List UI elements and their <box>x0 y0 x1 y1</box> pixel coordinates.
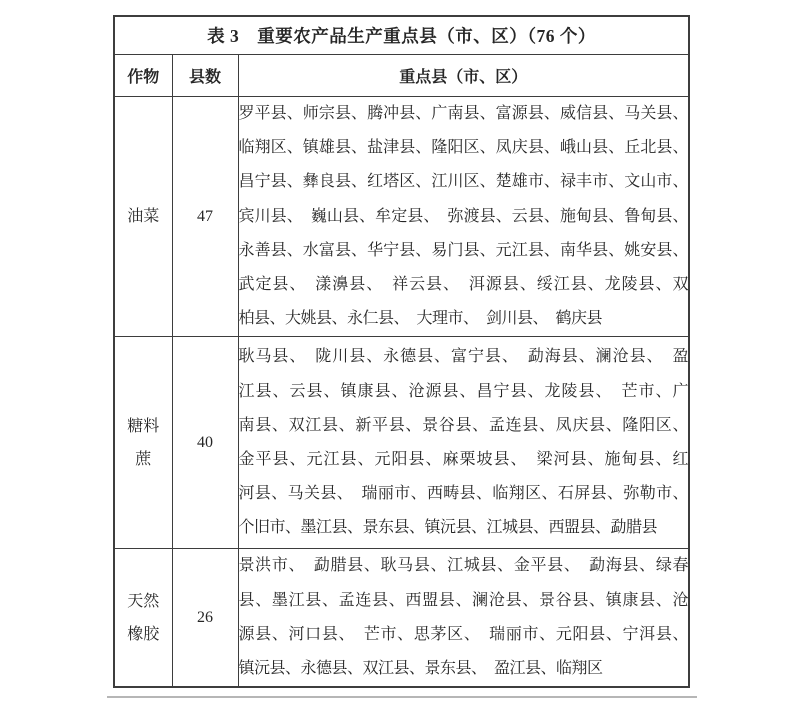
table-row: 油菜47罗平县、师宗县、腾冲县、广南县、富源县、威信县、马关县、临翔区、镇雄县、… <box>114 97 689 337</box>
column-header-crop: 作物 <box>114 55 172 97</box>
table-header-row: 作物 县数 重点县（市、区） <box>114 55 689 97</box>
counties-cell: 景洪市、 勐腊县、耿马县、江城县、金平县、 勐海县、绿春县、墨江县、孟连县、西盟… <box>238 549 689 687</box>
county-count: 26 <box>172 549 238 687</box>
county-line: 镇沅县、永德县、双江县、景东县、 盈江县、临翔区 <box>239 652 689 686</box>
county-line: 耿马县、 陇川县、永德县、富宁县、 勐海县、澜沧县、 盈 <box>239 340 689 374</box>
crop-cell: 天然橡胶 <box>114 549 172 687</box>
scan-shadow-line <box>107 696 697 698</box>
counties-cell: 罗平县、师宗县、腾冲县、广南县、富源县、威信县、马关县、临翔区、镇雄县、盐津县、… <box>238 97 689 337</box>
crop-cell: 糖料蔗 <box>114 337 172 549</box>
table-row: 糖料蔗40耿马县、 陇川县、永德县、富宁县、 勐海县、澜沧县、 盈江县、云县、镇… <box>114 337 689 549</box>
county-line: 临翔区、镇雄县、盐津县、隆阳区、凤庆县、峨山县、丘北县、 <box>239 131 689 165</box>
county-line: 金平县、元江县、元阳县、麻栗坡县、 梁河县、施甸县、红 <box>239 443 689 477</box>
table-title-row: 表 3 重要农产品生产重点县（市、区）（76 个） <box>114 16 689 55</box>
table-body: 油菜47罗平县、师宗县、腾冲县、广南县、富源县、威信县、马关县、临翔区、镇雄县、… <box>114 97 689 688</box>
county-line: 江县、云县、镇康县、沧源县、昌宁县、龙陵县、 芒市、广 <box>239 375 689 409</box>
county-line: 源县、河口县、 芒市、思茅区、 瑞丽市、元阳县、宁洱县、 <box>239 618 689 652</box>
county-line: 昌宁县、彝良县、红塔区、江川区、楚雄市、禄丰市、文山市、 <box>239 165 689 199</box>
county-line: 南县、双江县、新平县、景谷县、孟连县、凤庆县、隆阳区、 <box>239 409 689 443</box>
county-line: 宾川县、 巍山县、牟定县、 弥渡县、云县、施甸县、鲁甸县、 <box>239 200 689 234</box>
county-count: 40 <box>172 337 238 549</box>
county-line: 个旧市、墨江县、景东县、镇沅县、江城县、西盟县、勐腊县 <box>239 511 689 545</box>
crop-label: 糖料蔗 <box>124 410 162 476</box>
county-line: 景洪市、 勐腊县、耿马县、江城县、金平县、 勐海县、绿春 <box>239 549 689 583</box>
crop-cell: 油菜 <box>114 97 172 337</box>
table-row: 天然橡胶26景洪市、 勐腊县、耿马县、江城县、金平县、 勐海县、绿春县、墨江县、… <box>114 549 689 687</box>
key-counties-table: 表 3 重要农产品生产重点县（市、区）（76 个） 作物 县数 重点县（市、区）… <box>113 15 690 688</box>
county-count: 47 <box>172 97 238 337</box>
county-line: 县、墨江县、孟连县、西盟县、澜沧县、景谷县、镇康县、沧 <box>239 584 689 618</box>
crop-label: 油菜 <box>124 200 162 233</box>
crop-label: 天然橡胶 <box>124 585 162 651</box>
column-header-counties: 重点县（市、区） <box>238 55 689 97</box>
counties-cell: 耿马县、 陇川县、永德县、富宁县、 勐海县、澜沧县、 盈江县、云县、镇康县、沧源… <box>238 337 689 549</box>
table-title: 表 3 重要农产品生产重点县（市、区）（76 个） <box>114 16 689 55</box>
county-line: 柏县、大姚县、永仁县、 大理市、 剑川县、 鹤庆县 <box>239 302 689 336</box>
column-header-count: 县数 <box>172 55 238 97</box>
county-line: 永善县、水富县、华宁县、易门县、元江县、南华县、姚安县、 <box>239 234 689 268</box>
document-table-container: 表 3 重要农产品生产重点县（市、区）（76 个） 作物 县数 重点县（市、区）… <box>113 15 690 688</box>
county-line: 罗平县、师宗县、腾冲县、广南县、富源县、威信县、马关县、 <box>239 97 689 131</box>
county-line: 武定县、 漾濞县、 祥云县、 洱源县、绥江县、龙陵县、双 <box>239 268 689 302</box>
county-line: 河县、马关县、 瑞丽市、西畴县、临翔区、石屏县、弥勒市、 <box>239 477 689 511</box>
